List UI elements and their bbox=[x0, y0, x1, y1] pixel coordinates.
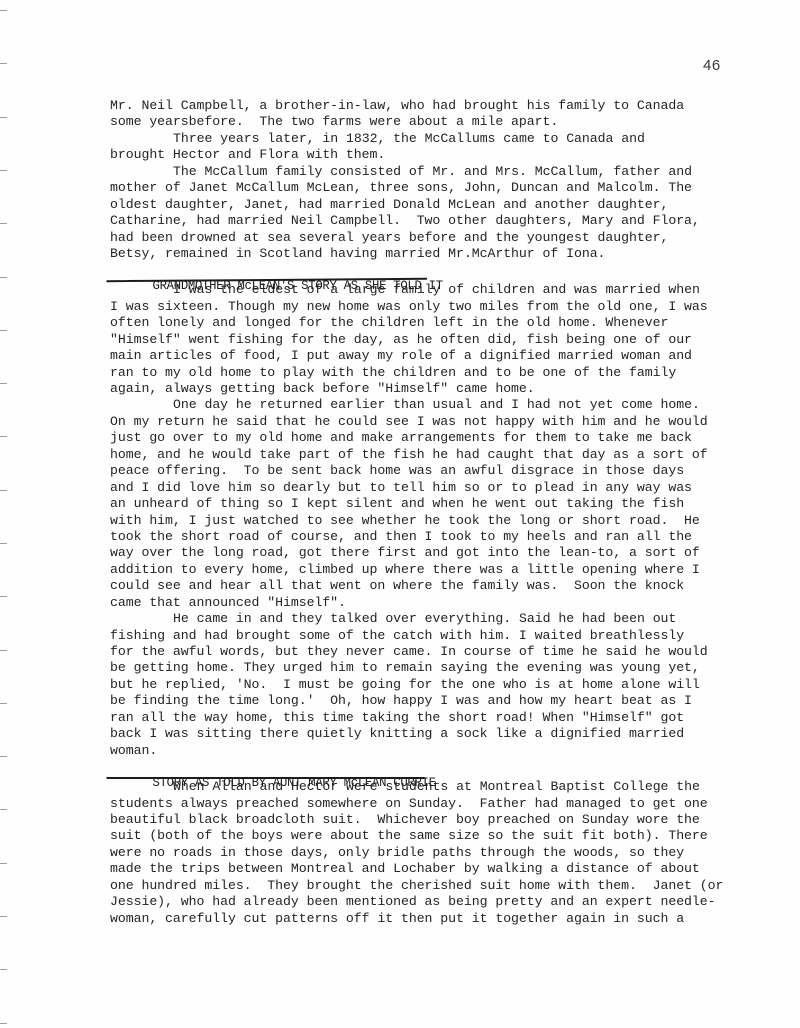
intro-paragraph-3: The McCallum family consisted of Mr. and… bbox=[110, 164, 750, 263]
edge-tick-mark bbox=[0, 170, 7, 171]
edge-tick-mark bbox=[0, 916, 7, 917]
edge-tick-mark bbox=[0, 756, 7, 757]
edge-tick-mark bbox=[0, 543, 7, 544]
text-line: made the trips between Montreal and Loch… bbox=[110, 861, 750, 877]
text-line: Catharine, had married Neil Campbell. Tw… bbox=[110, 213, 750, 229]
text-line: again, always getting back before "Himse… bbox=[110, 381, 750, 397]
text-line: mother of Janet McCallum McLean, three s… bbox=[110, 180, 750, 196]
edge-tick-mark bbox=[0, 330, 7, 331]
text-line: ran all the way home, this time taking t… bbox=[110, 710, 750, 726]
text-line: main articles of food, I put away my rol… bbox=[110, 348, 750, 364]
grandmother-paragraph-1: I was the eldest of a large family of ch… bbox=[110, 282, 750, 397]
text-line: One day he returned earlier than usual a… bbox=[110, 397, 750, 413]
text-line: be finding the time long.' Oh, how happy… bbox=[110, 693, 750, 709]
text-line: just go over to my old home and make arr… bbox=[110, 430, 750, 446]
text-line: came that announced "Himself". bbox=[110, 595, 750, 611]
text-line: back I was sitting there quietly knittin… bbox=[110, 726, 750, 742]
intro-paragraph-1: Mr. Neil Campbell, a brother-in-law, who… bbox=[110, 98, 750, 131]
text-line: way over the long road, got there first … bbox=[110, 545, 750, 561]
text-line: with him, I just watched to see whether … bbox=[110, 513, 750, 529]
page-number: 46 bbox=[703, 57, 721, 74]
text-line: woman, carefully cut patterns off it the… bbox=[110, 911, 750, 927]
edge-tick-mark bbox=[0, 277, 7, 278]
text-line: He came in and they talked over everythi… bbox=[110, 611, 750, 627]
text-line: students always preached somewhere on Su… bbox=[110, 796, 750, 812]
text-line: Jessie), who had already been mentioned … bbox=[110, 894, 750, 910]
edge-tick-mark bbox=[0, 383, 7, 384]
edge-tick-mark bbox=[0, 596, 7, 597]
grandmother-paragraph-3: He came in and they talked over everythi… bbox=[110, 611, 750, 759]
text-line: peace offering. To be sent back home was… bbox=[110, 463, 750, 479]
text-line: were no roads in those days, only bridle… bbox=[110, 845, 750, 861]
text-line: for the awful words, but they never came… bbox=[110, 644, 750, 660]
text-line: and I did love him so dearly but to tell… bbox=[110, 480, 750, 496]
text-line: "Himself" went fishing for the day, as h… bbox=[110, 332, 750, 348]
text-line: an unheard of thing so I kept silent and… bbox=[110, 496, 750, 512]
edge-tick-mark bbox=[0, 63, 7, 64]
edge-tick-mark bbox=[0, 490, 7, 491]
text-line: Three years later, in 1832, the McCallum… bbox=[110, 131, 750, 147]
intro-paragraph-2: Three years later, in 1832, the McCallum… bbox=[110, 131, 750, 164]
edge-tick-mark bbox=[0, 809, 7, 810]
edge-tick-mark bbox=[0, 436, 7, 437]
edge-tick-mark bbox=[0, 650, 7, 651]
text-line: took the short road of course, and then … bbox=[110, 529, 750, 545]
text-line: could see and hear all that went on wher… bbox=[110, 578, 750, 594]
document-page: 46 Mr. Neil Campbell, a brother-in-law, … bbox=[0, 0, 800, 1028]
text-line: Mr. Neil Campbell, a brother-in-law, who… bbox=[110, 98, 750, 114]
section-heading-grandmother-story: GRANDMOTHER McLEAN'S STORY AS SHE TOLD I… bbox=[110, 262, 705, 282]
text-line: suit (both of the boys were about the sa… bbox=[110, 828, 750, 844]
edge-tick-mark bbox=[0, 863, 7, 864]
text-line: but he replied, 'No. I must be going for… bbox=[110, 677, 750, 693]
edge-tick-mark bbox=[0, 117, 7, 118]
text-line: often lonely and longed for the children… bbox=[110, 315, 750, 331]
edge-tick-mark bbox=[0, 10, 7, 11]
text-line: addition to every home, climbed up where… bbox=[110, 562, 750, 578]
aunt-mary-paragraph-1: When Allan and Hector were students at M… bbox=[110, 779, 750, 927]
edge-tick-mark bbox=[0, 1023, 7, 1024]
section-heading-aunt-mary-story: STORY AS TOLD BY AUNT MARY McLEAN CURRIE bbox=[110, 759, 705, 779]
text-line: Betsy, remained in Scotland having marri… bbox=[110, 246, 750, 262]
text-line: had been drowned at sea several years be… bbox=[110, 230, 750, 246]
document-body: Mr. Neil Campbell, a brother-in-law, who… bbox=[110, 98, 750, 927]
text-line: beautiful black broadcloth suit. Whichev… bbox=[110, 812, 750, 828]
text-line: oldest daughter, Janet, had married Dona… bbox=[110, 197, 750, 213]
grandmother-paragraph-2: One day he returned earlier than usual a… bbox=[110, 397, 750, 611]
edge-tick-mark bbox=[0, 969, 7, 970]
text-line: be getting home. They urged him to remai… bbox=[110, 660, 750, 676]
text-line: one hundred miles. They brought the cher… bbox=[110, 878, 750, 894]
text-line: fishing and had brought some of the catc… bbox=[110, 628, 750, 644]
text-line: ran to my old home to play with the chil… bbox=[110, 365, 750, 381]
text-line: The McCallum family consisted of Mr. and… bbox=[110, 164, 750, 180]
text-line: some yearsbefore. The two farms were abo… bbox=[110, 114, 750, 130]
text-line: I was sixteen. Though my new home was on… bbox=[110, 299, 750, 315]
text-line: home, and he would take part of the fish… bbox=[110, 447, 750, 463]
edge-tick-mark bbox=[0, 223, 7, 224]
text-line: On my return he said that he could see I… bbox=[110, 414, 750, 430]
heading-underline bbox=[106, 777, 425, 779]
text-line: woman. bbox=[110, 743, 750, 759]
text-line: brought Hector and Flora with them. bbox=[110, 147, 750, 163]
edge-tick-mark bbox=[0, 703, 7, 704]
